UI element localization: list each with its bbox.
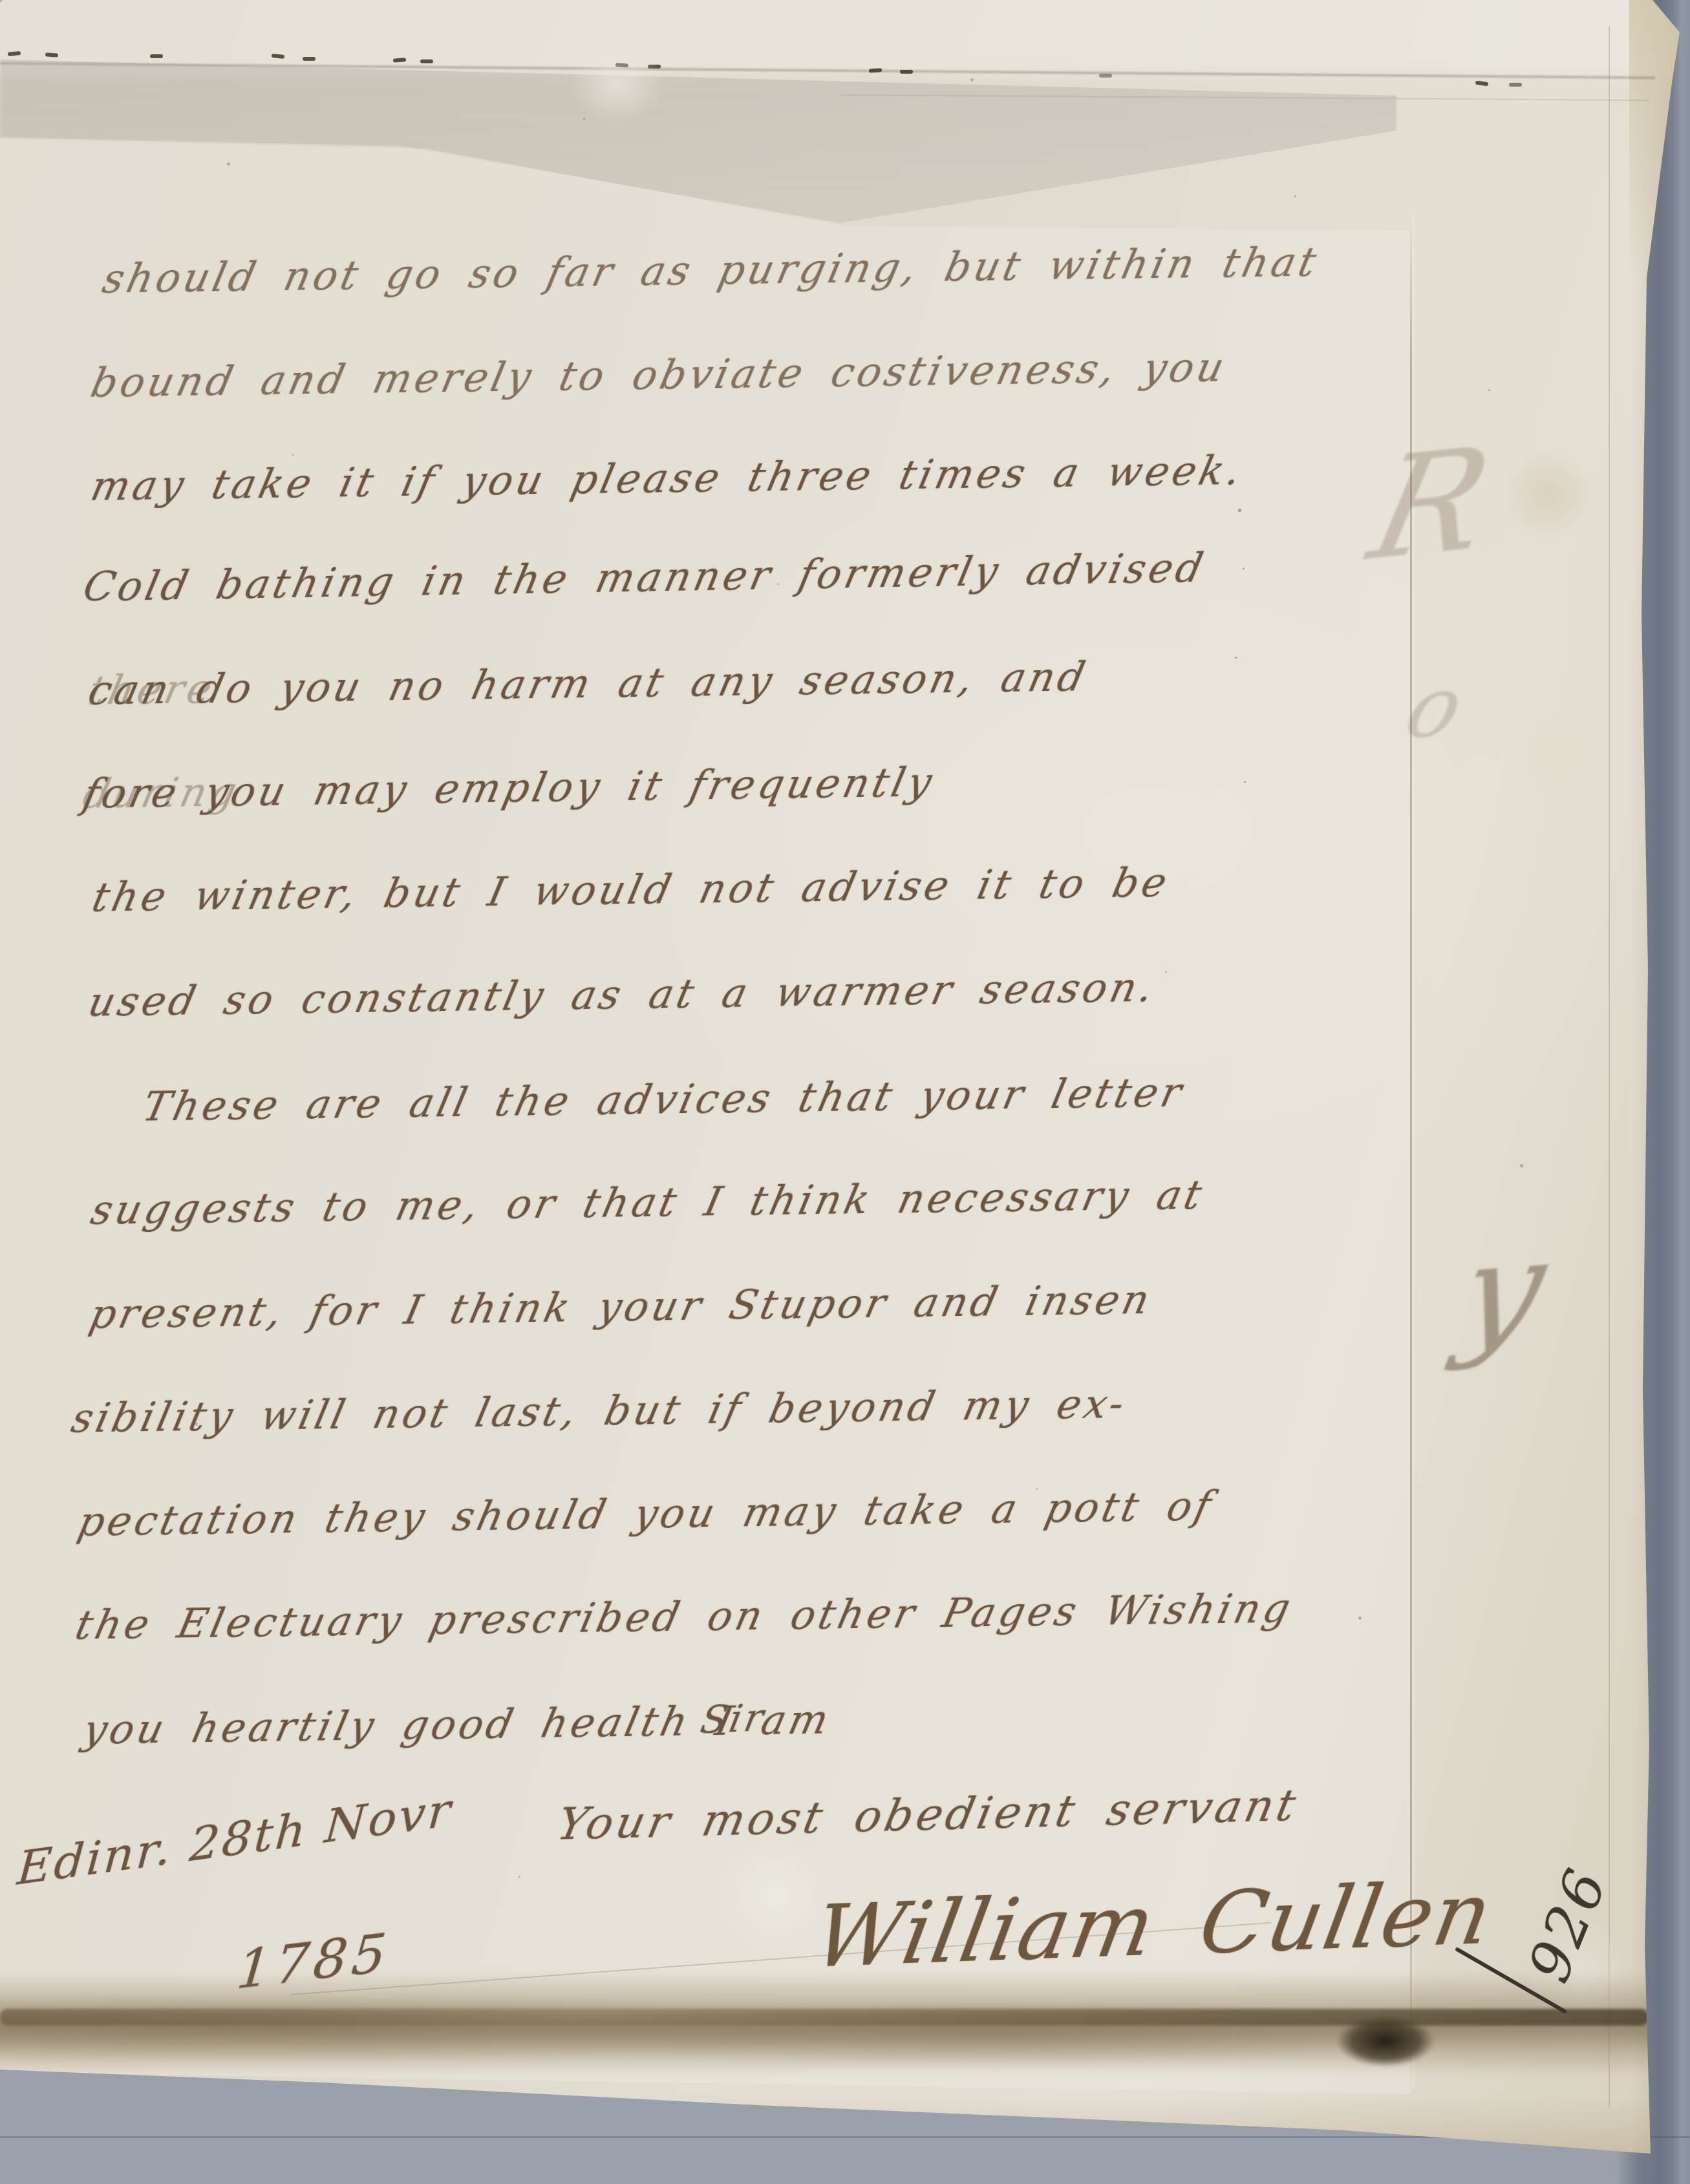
stitch-mark <box>8 51 21 56</box>
paper-stain <box>1506 705 1603 808</box>
paper-speckles <box>0 0 2 2</box>
stitch-mark <box>45 52 58 57</box>
stitch-mark <box>900 70 913 74</box>
ink-offset-mark: y <box>1448 1209 1558 1373</box>
stitch-mark <box>303 57 316 61</box>
stitch-mark <box>272 54 285 59</box>
stitch-mark <box>1475 81 1489 87</box>
stitch-mark <box>393 58 406 63</box>
letter-line-faint-text: there <box>84 665 219 714</box>
ink-blot <box>1324 2009 1447 2073</box>
stitch-mark <box>1509 83 1522 87</box>
paper-stain <box>1500 446 1597 543</box>
scanned-letter-page: should not go so far as purging, but wit… <box>0 0 1690 2184</box>
vertical-fold <box>1609 26 1610 2107</box>
stitch-mark <box>150 54 163 58</box>
letter-line-faint-text: during <box>79 769 244 818</box>
stitch-mark <box>420 59 433 63</box>
stitch-mark <box>1099 74 1112 78</box>
salutation: Sir <box>697 1695 770 1743</box>
album-leaf-paper: should not go so far as purging, but wit… <box>0 0 1690 2184</box>
paper-stain <box>569 45 666 123</box>
